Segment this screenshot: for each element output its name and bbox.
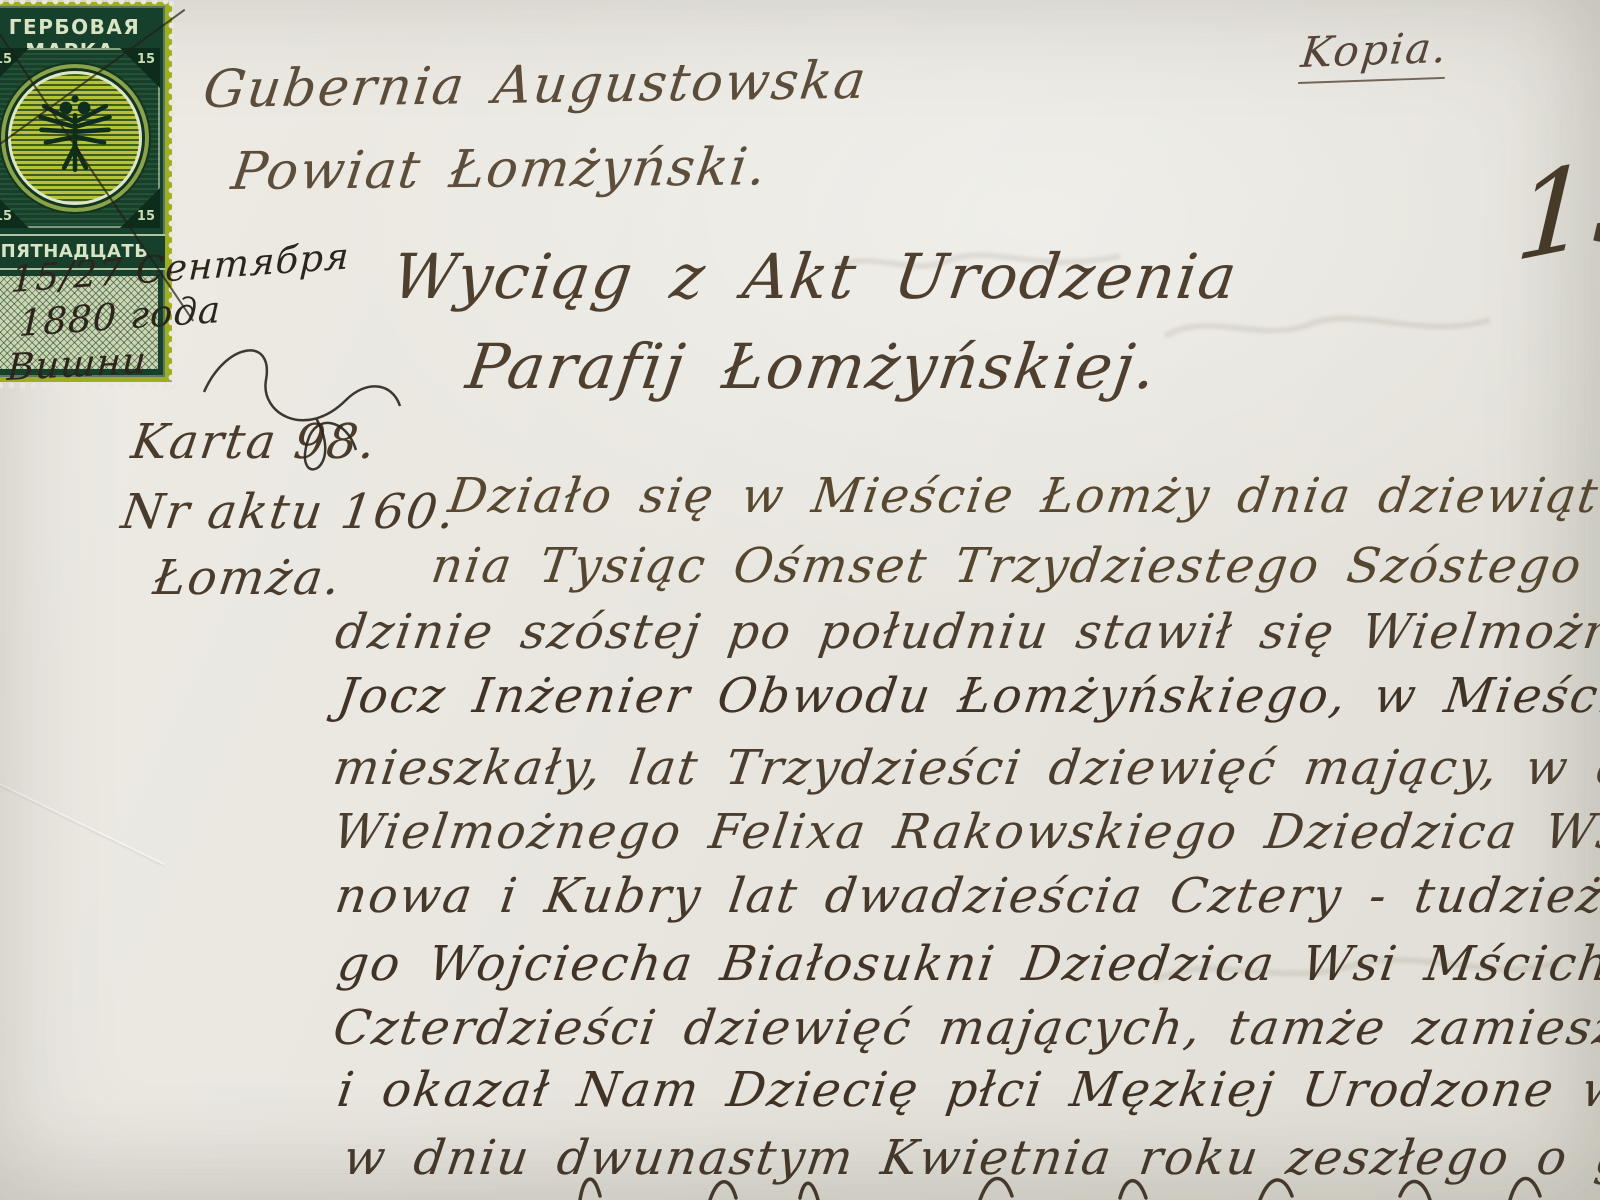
body-line: nowa i Kubry lat dwadzieścia Cztery - tu… <box>332 868 1600 924</box>
corner-number-partial: 15 <box>1512 122 1600 288</box>
stamp-corner-value: 15 <box>0 52 12 67</box>
stamp-corner-value: 15 <box>137 52 155 67</box>
stamp-corner-value: 15 <box>137 209 155 224</box>
kopia-label: Kopia. <box>1298 23 1451 84</box>
header-powiat-line: Powiat Łomżyński. <box>228 137 771 202</box>
show-through-mark <box>1150 940 1570 996</box>
margin-note-akt-nr: Nr aktu 160. <box>118 484 460 540</box>
title-line-2: Parafij Łomżyńskiej. <box>462 330 1163 403</box>
body-line: Wielmożnego Felixa Rakowskiego Dziedzica… <box>330 804 1600 860</box>
document-scan: ГЕРБОВАЯ МАРКА. 15 15 15 15 <box>0 0 1600 1200</box>
margin-note-place: Łomża. <box>150 550 346 606</box>
header-gubernia-line: Gubernia Augustowska <box>200 51 871 120</box>
stamp-corner-value: 15 <box>0 209 12 224</box>
body-line: Jocz Inżenier Obwodu Łomżyńskiego, w Mie… <box>334 668 1600 724</box>
partial-line-strokes <box>560 1166 1600 1200</box>
body-line: nia Tysiąc Ośmset Trzydziestego Szóstego… <box>428 538 1600 594</box>
cancellation-flourish <box>196 322 446 492</box>
perforation-top <box>0 0 170 7</box>
cancellation-signature: Вишни <box>6 339 148 389</box>
stamp-emblem-panel: 15 15 15 15 <box>0 48 160 228</box>
body-line: Czterdzieści dziewięć mających, tamże za… <box>330 1000 1600 1056</box>
body-line: i okazał Nam Dziecię płci Męzkiej Urodzo… <box>334 1062 1600 1118</box>
crease-line <box>0 780 165 865</box>
body-line: mieszkały, lat Trzydzieści dziewięć mają… <box>330 740 1600 796</box>
stamp-emblem-circle <box>8 71 142 205</box>
show-through-mark <box>830 238 1130 284</box>
double-headed-eagle-icon <box>29 88 121 188</box>
body-line: dzinie szóstej po południu stawił się Wi… <box>332 604 1600 660</box>
body-line: Działo się w Mieście Łomży dnia dziewiąt… <box>445 468 1600 524</box>
show-through-mark <box>1160 300 1500 352</box>
